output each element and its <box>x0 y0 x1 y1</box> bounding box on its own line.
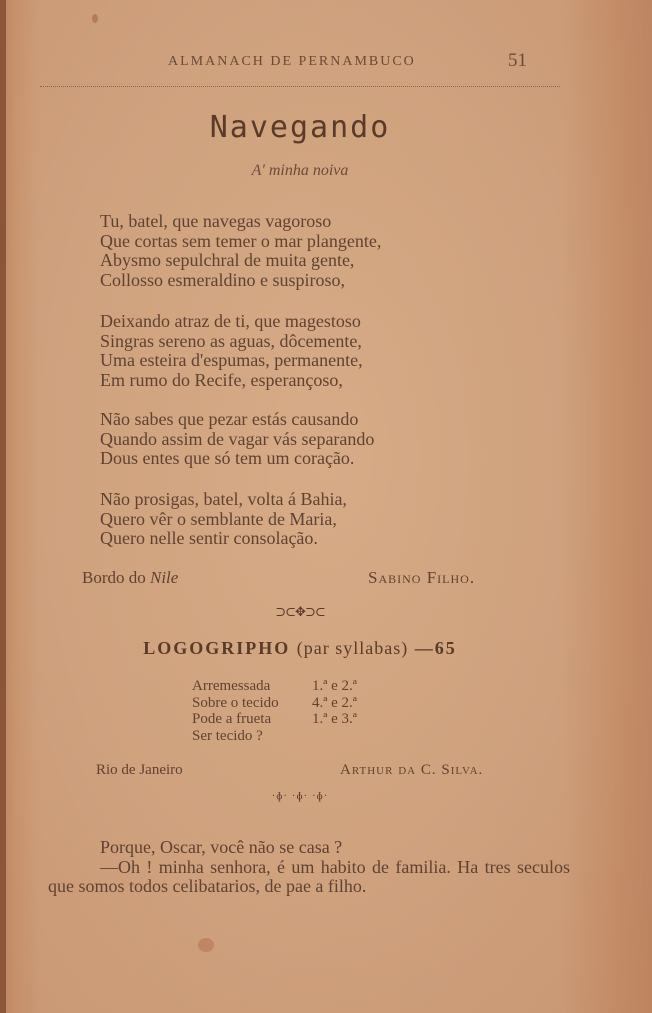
verse-line: Quero nelle sentir consolação. <box>100 529 347 549</box>
running-title: ALMANACH DE PERNAMBUCO <box>168 54 416 70</box>
anecdote-question: Porque, Oscar, você não se casa ? <box>48 838 570 858</box>
clue-text: Arremessada <box>192 678 312 695</box>
clue-text: Pode a frueta <box>192 711 312 728</box>
verse-line: Abysmo sepulchral de muita gente, <box>100 251 381 271</box>
stanza-3: Não sabes que pezar estás causando Quand… <box>100 410 374 469</box>
clue-text: Sobre o tecido <box>192 695 312 712</box>
verse-line: Singras sereno as aguas, dôcemente, <box>100 332 363 352</box>
stanza-2: Deixando atraz de ti, que magestoso Sing… <box>100 312 363 390</box>
clue-syllables: 4.ª e 2.ª <box>312 695 357 712</box>
verse-line: Que cortas sem temer o mar plangente, <box>100 232 381 252</box>
poem-title: Navegando <box>0 110 600 145</box>
verse-line: Uma esteira d'espumas, permanente, <box>100 351 363 371</box>
verse-line: Quando assim de vagar vás separando <box>100 430 374 450</box>
poem-author: Sabino Filho. <box>368 568 475 588</box>
logogripho-place: Rio de Janeiro <box>96 762 183 779</box>
ship-name: Nile <box>150 568 178 587</box>
clue-row: Ser tecido ? <box>192 728 357 745</box>
page-spine-edge <box>0 0 6 1013</box>
clue-row: Sobre o tecido 4.ª e 2.ª <box>192 695 357 712</box>
logogripho-subtitle: (par syllabas) <box>297 638 408 658</box>
page-number: 51 <box>508 50 527 72</box>
verse-line: Tu, batel, que navegas vagoroso <box>100 212 381 232</box>
clue-row: Pode a frueta 1.ª e 3.ª <box>192 711 357 728</box>
verse-line: Deixando atraz de ti, que magestoso <box>100 312 363 332</box>
ornament-divider: ⊃⊂✥⊃⊂ <box>0 604 600 620</box>
anecdote: Porque, Oscar, você não se casa ? —Oh ! … <box>48 838 570 897</box>
book-page: ALMANACH DE PERNAMBUCO 51 Navegando A' m… <box>0 0 652 1013</box>
verse-line: Quero vêr o semblante de Maria, <box>100 510 347 530</box>
place-prefix: Bordo do <box>82 568 150 587</box>
anecdote-answer: —Oh ! minha senhora, é um habito de fami… <box>48 858 570 897</box>
poem-place: Bordo do Nile <box>82 568 178 588</box>
verse-line: Não prosigas, batel, volta á Bahia, <box>100 490 347 510</box>
logogripho-heading: LOGOGRIPHO (par syllabas) —65 <box>0 638 600 659</box>
header-rule <box>40 86 560 87</box>
verse-line: Dous entes que só tem um coração. <box>100 449 374 469</box>
stanza-1: Tu, batel, que navegas vagoroso Que cort… <box>100 212 381 290</box>
clue-text: Ser tecido ? <box>192 728 312 745</box>
logogripho-clues: Arremessada 1.ª e 2.ª Sobre o tecido 4.ª… <box>192 678 357 744</box>
foxing-stain <box>198 938 214 952</box>
ink-stain <box>92 14 98 23</box>
clue-syllables: 1.ª e 2.ª <box>312 678 357 695</box>
verse-line: Collosso esmeraldino e suspiroso, <box>100 271 381 291</box>
ornament-flourish: ·ɸ· ·ɸ· ·ɸ· <box>0 790 600 802</box>
verse-line: Em rumo do Recife, esperançoso, <box>100 371 363 391</box>
logogripho-author: Arthur da C. Silva. <box>340 762 483 779</box>
poem-dedication: A' minha noiva <box>0 162 600 180</box>
clue-row: Arremessada 1.ª e 2.ª <box>192 678 357 695</box>
page-header: ALMANACH DE PERNAMBUCO 51 <box>140 50 540 76</box>
stanza-4: Não prosigas, batel, volta á Bahia, Quer… <box>100 490 347 549</box>
logogripho-title: LOGOGRIPHO <box>143 638 290 658</box>
verse-line: Não sabes que pezar estás causando <box>100 410 374 430</box>
logogripho-number: —65 <box>415 638 457 658</box>
clue-syllables: 1.ª e 3.ª <box>312 711 357 728</box>
